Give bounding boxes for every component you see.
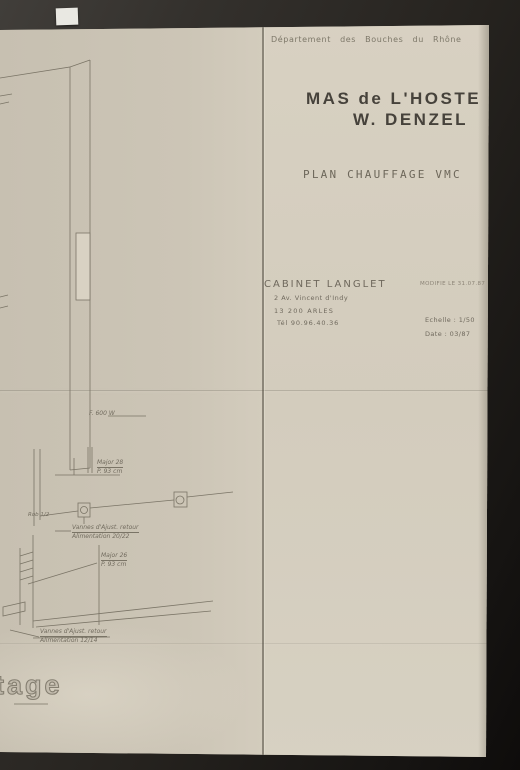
photo-of-plan: Département des Bouches du Rhône MAS de … <box>0 0 520 770</box>
annotation-radiator2: Major 26 P. 93 cm <box>101 552 127 568</box>
project-title-line2: W. DENZEL <box>353 110 468 130</box>
floor-label-etage: tage <box>0 670 63 701</box>
valves2-line2: Alimentation 12/14 <box>40 637 107 645</box>
firm-address-line1: 2 Av. Vincent d'Indy <box>274 294 348 302</box>
valves1-line2: Alimentation 20/22 <box>72 533 139 541</box>
radiator1-size: P. 93 cm <box>97 468 123 476</box>
annotation-valve-size: Rob 1/2 <box>28 512 49 520</box>
radiator1-model: Major 28 <box>97 459 123 468</box>
plan-sheet: Département des Bouches du Rhône MAS de … <box>0 0 520 770</box>
backdrop-sticker <box>56 8 79 26</box>
annotation-radiator1: Major 28 P. 93 cm <box>97 459 123 475</box>
annotation-radiator-power: F. 600 W <box>89 410 115 418</box>
project-title-line1: MAS de L'HOSTE <box>306 89 481 109</box>
radiator2-model: Major 26 <box>101 552 127 561</box>
scale-label: Echelle : 1/50 <box>425 316 475 324</box>
drawing-title: PLAN CHAUFFAGE VMC <box>303 168 462 181</box>
annotation-valves1: Vannes d'Ajust. retour Alimentation 20/2… <box>72 524 139 540</box>
valves2-line1: Vannes d'Ajust. retour <box>40 628 107 637</box>
annotation-valves2: Vannes d'Ajust. retour Alimentation 12/1… <box>40 628 107 644</box>
firm-name: CABINET LANGLET <box>264 279 387 290</box>
firm-address-line2: 13 200 ARLES <box>274 307 334 315</box>
valves1-line1: Vannes d'Ajust. retour <box>72 524 139 533</box>
department-label: Département des Bouches du Rhône <box>271 35 462 44</box>
date-label: Date : 03/87 <box>425 330 470 338</box>
radiator2-size: P. 93 cm <box>101 561 127 569</box>
firm-phone: Tél 90.96.40.36 <box>277 319 339 327</box>
revision-note: MODIFIE LE 31.07.87 <box>420 281 485 287</box>
